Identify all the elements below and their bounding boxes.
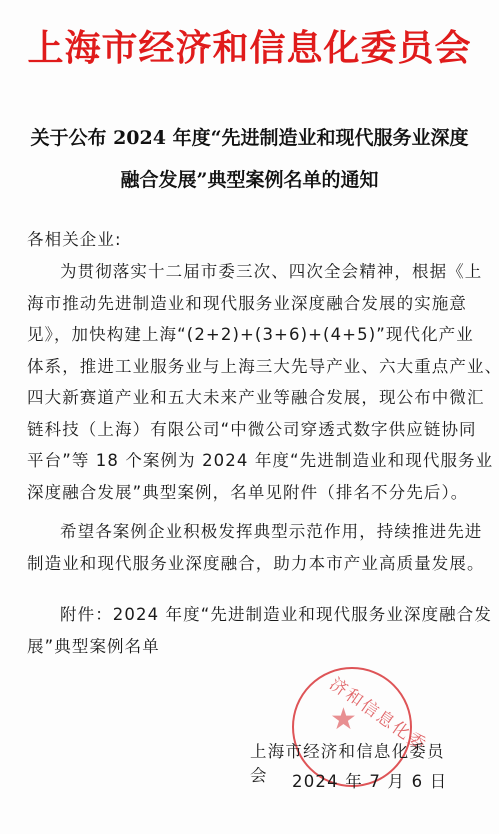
paragraph-line: 四大新赛道产业和五大未来产业等融合发展，现公布中微汇: [27, 382, 473, 414]
paragraph-line: 制造业和现代服务业深度融合，助力本市产业高质量发展。: [27, 548, 473, 580]
attachment-line: 展”典型案例名单: [27, 631, 473, 663]
paragraph-1: 为贯彻落实十二届市委三次、四次全会精神，根据《上 海市推动先进制造业和现代服务业…: [27, 256, 473, 508]
paragraph-line: 见》，加快构建上海“(2+2)+(3+6)+(4+5)”现代化产业: [27, 319, 473, 351]
salutation: 各相关企业:: [27, 224, 473, 256]
attachment-line: 附件：2024 年度“先进制造业和现代服务业深度融合发: [27, 599, 473, 631]
paragraph-line: 平台”等 18 个案例为 2024 年度“先进制造业和现代服务业: [27, 445, 473, 477]
masthead-org-name: 上海市经济和信息化委员会: [0, 26, 499, 70]
title-line-2: 融合发展”典型案例名单的通知: [0, 159, 499, 201]
paragraph-2: 希望各案例企业积极发挥典型示范作用，持续推进先进 制造业和现代服务业深度融合，助…: [27, 516, 473, 579]
attachment-note: 附件：2024 年度“先进制造业和现代服务业深度融合发 展”典型案例名单: [27, 599, 473, 662]
document-title: 关于公布 2024 年度“先进制造业和现代服务业深度 融合发展”典型案例名单的通…: [0, 117, 499, 201]
paragraph-line: 希望各案例企业积极发挥典型示范作用，持续推进先进: [27, 516, 473, 548]
paragraph-line: 为贯彻落实十二届市委三次、四次全会精神，根据《上: [27, 256, 473, 288]
paragraph-line: 深度融合发展”典型案例，名单见附件（排名不分先后）。: [27, 477, 473, 509]
signature-date: 2024 年 7 月 6 日: [292, 768, 452, 792]
document-page: 上海市经济和信息化委员会 关于公布 2024 年度“先进制造业和现代服务业深度 …: [0, 0, 499, 834]
paragraph-line: 链科技（上海）有限公司“中微公司穿透式数字供应链协同: [27, 414, 473, 446]
paragraph-line: 体系，推进工业服务业与上海三大先导产业、六大重点产业、: [27, 351, 473, 383]
paragraph-line: 海市推动先进制造业和现代服务业深度融合发展的实施意: [27, 288, 473, 320]
seal-star-icon: ★: [330, 705, 357, 735]
title-line-1: 关于公布 2024 年度“先进制造业和现代服务业深度: [0, 117, 499, 159]
